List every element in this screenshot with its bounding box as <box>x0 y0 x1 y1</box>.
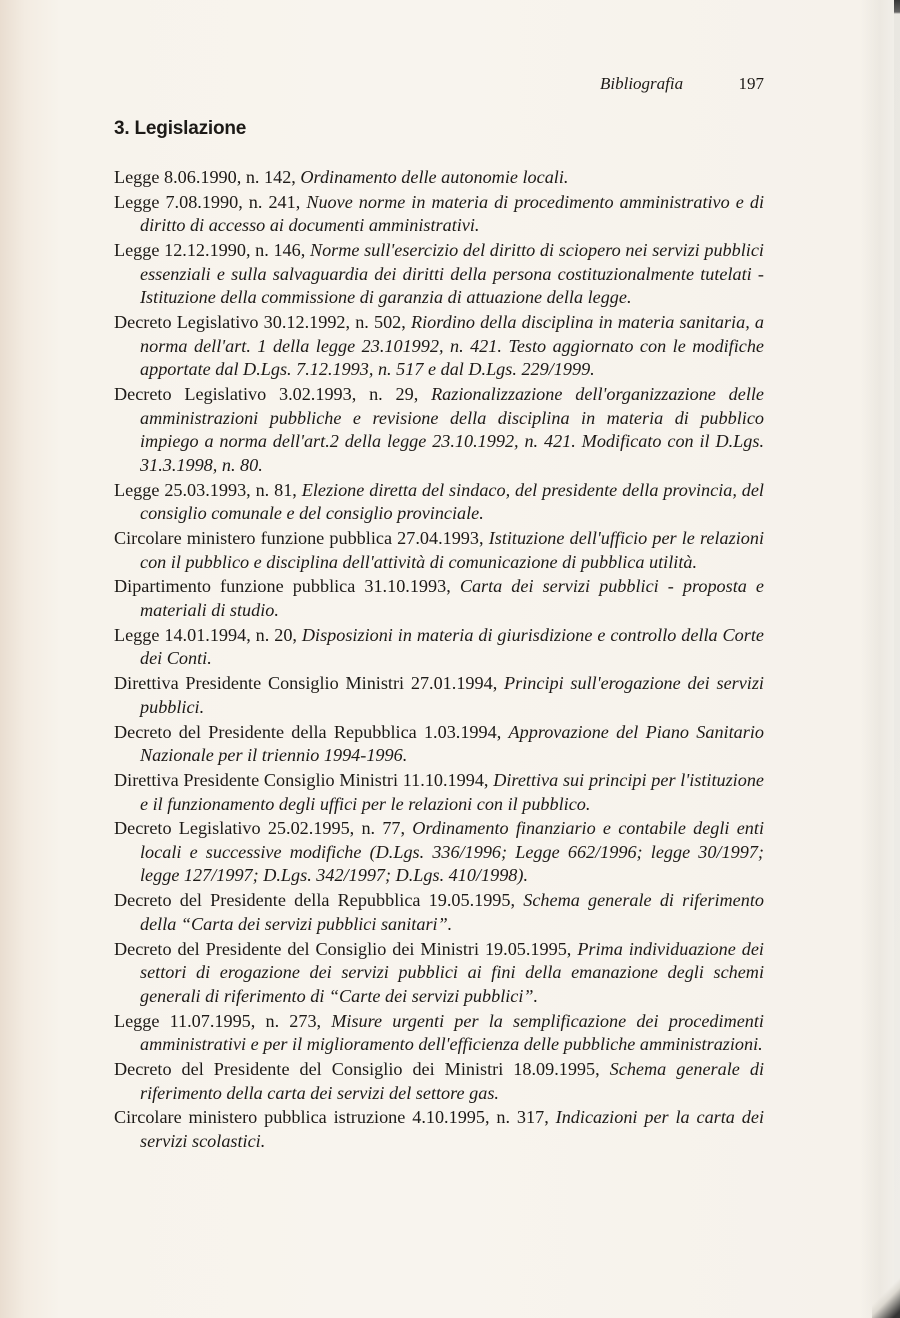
entry-citation: Legge 7.08.1990, n. 241, <box>114 192 306 212</box>
list-item: Decreto Legislativo 30.12.1992, n. 502, … <box>114 311 764 382</box>
list-item: Decreto del Presidente della Repubblica … <box>114 721 764 768</box>
entry-citation: Decreto del Presidente della Repubblica … <box>114 890 523 910</box>
list-item: Legge 8.06.1990, n. 142, Ordinamento del… <box>114 166 764 190</box>
entry-citation: Direttiva Presidente Consiglio Ministri … <box>114 770 493 790</box>
list-item: Decreto Legislativo 3.02.1993, n. 29, Ra… <box>114 383 764 477</box>
list-item: Direttiva Presidente Consiglio Ministri … <box>114 769 764 816</box>
list-item: Decreto del Presidente della Repubblica … <box>114 889 764 936</box>
entry-title: Ordinamento delle autonomie locali. <box>300 167 568 187</box>
running-head: Bibliografia 197 <box>600 74 764 94</box>
entry-citation: Legge 25.03.1993, n. 81, <box>114 480 302 500</box>
entry-citation: Legge 12.12.1990, n. 146, <box>114 240 310 260</box>
list-item: Legge 25.03.1993, n. 81, Elezione dirett… <box>114 479 764 526</box>
entry-citation: Direttiva Presidente Consiglio Ministri … <box>114 673 504 693</box>
list-item: Decreto del Presidente del Consiglio dei… <box>114 938 764 1009</box>
list-item: Legge 14.01.1994, n. 20, Disposizioni in… <box>114 624 764 671</box>
entry-citation: Decreto Legislativo 30.12.1992, n. 502, <box>114 312 411 332</box>
legislation-list: Legge 8.06.1990, n. 142, Ordinamento del… <box>114 166 764 1155</box>
list-item: Dipartimento funzione pubblica 31.10.199… <box>114 575 764 622</box>
running-head-section: Bibliografia <box>600 74 683 94</box>
list-item: Legge 11.07.1995, n. 273, Misure urgenti… <box>114 1010 764 1057</box>
list-item: Circolare ministero funzione pubblica 27… <box>114 527 764 574</box>
entry-citation: Circolare ministero funzione pubblica 27… <box>114 528 489 548</box>
book-page: Bibliografia 197 3. Legislazione Legge 8… <box>0 0 900 1318</box>
entry-citation: Dipartimento funzione pubblica 31.10.199… <box>114 576 460 596</box>
entry-citation: Legge 14.01.1994, n. 20, <box>114 625 302 645</box>
entry-citation: Decreto del Presidente della Repubblica … <box>114 722 509 742</box>
entry-citation: Legge 11.07.1995, n. 273, <box>114 1011 331 1031</box>
list-item: Legge 7.08.1990, n. 241, Nuove norme in … <box>114 191 764 238</box>
list-item: Decreto del Presidente del Consiglio dei… <box>114 1058 764 1105</box>
list-item: Direttiva Presidente Consiglio Ministri … <box>114 672 764 719</box>
entry-citation: Circolare ministero pubblica istruzione … <box>114 1107 556 1127</box>
list-item: Circolare ministero pubblica istruzione … <box>114 1106 764 1153</box>
entry-citation: Decreto Legislativo 25.02.1995, n. 77, <box>114 818 412 838</box>
entry-citation: Decreto del Presidente del Consiglio dei… <box>114 939 577 959</box>
list-item: Decreto Legislativo 25.02.1995, n. 77, O… <box>114 817 764 888</box>
page-number: 197 <box>739 74 765 94</box>
section-heading: 3. Legislazione <box>114 118 246 140</box>
page-edge-shadow <box>894 0 900 1318</box>
list-item: Legge 12.12.1990, n. 146, Norme sull'ese… <box>114 239 764 310</box>
entry-citation: Legge 8.06.1990, n. 142, <box>114 167 300 187</box>
entry-citation: Decreto Legislativo 3.02.1993, n. 29, <box>114 384 431 404</box>
page-corner-curl <box>872 1278 900 1318</box>
entry-citation: Decreto del Presidente del Consiglio dei… <box>114 1059 610 1079</box>
